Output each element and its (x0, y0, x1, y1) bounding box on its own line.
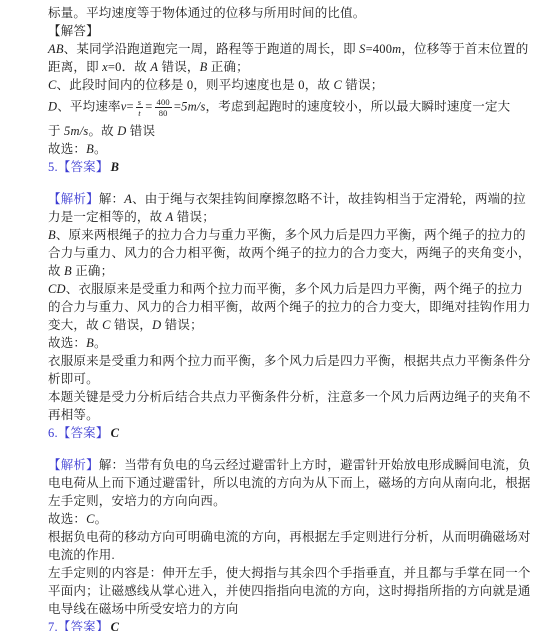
body-text: 解： (99, 192, 124, 206)
body-text: 、衣服原来是受重力和两个拉力而平衡，多个风力后是四力平衡，两个绳子的拉力 (66, 282, 523, 296)
body-text: =400 (366, 42, 393, 56)
body-text: 故 (48, 264, 64, 278)
fraction: 40080 (155, 97, 172, 118)
text-line: D、平均速率v=st=40080=5m/s，考虑到起跑时的速度较小，所以最大瞬时… (48, 94, 508, 122)
text-line: 电电荷从上而下通过避雷针，所以电流的方向为从下而上，磁场的方向从南向北，根据 (48, 474, 508, 492)
body-text: 平面内；让磁感线从掌心进入，并使四指指向电流的方向，这时拇指所指的方向就是通 (48, 584, 531, 598)
body-text: 电流的作用. (48, 548, 115, 562)
body-text: =0．故 (108, 60, 150, 74)
body-text: 错误； (342, 78, 383, 92)
variable-text: C (109, 426, 120, 440)
answer-marker-text: 7.【答案】 (48, 620, 109, 631)
variable-text: A (124, 192, 132, 206)
body-text: 错误； (161, 318, 202, 332)
body-text: 力是一定相等的，故 (48, 210, 166, 224)
text-line: 6.【答案】C (48, 424, 508, 442)
body-text: 本题关键是受力分析后结合共点力平衡条件分析，注意多一个风力后两边绳子的夹角不 (48, 390, 531, 404)
text-line: 析即可。 (48, 370, 508, 388)
body-text: 。故 (88, 124, 117, 138)
fraction: st (136, 97, 144, 118)
body-text: 故选： (48, 142, 86, 156)
text-line: 5.【答案】B (48, 158, 508, 176)
body-text: 、平均速率 (57, 99, 121, 113)
text-line: 本题关键是受力分析后结合共点力平衡条件分析，注意多一个风力后两边绳子的夹角不 (48, 388, 508, 406)
variable-text: C (48, 78, 57, 92)
variable-text: C (102, 318, 111, 332)
variable-text: C (109, 620, 120, 631)
body-text: 故选： (48, 512, 86, 526)
body-text: 左手定则，安培力的方向向西。 (48, 494, 226, 508)
body-text: 。 (94, 142, 107, 156)
body-text: 变大，故 (48, 318, 102, 332)
body-text: ，位移等于首末位置的 (401, 42, 528, 56)
text-line: 标量。平均速度等于物体通过的位移与所用时间的比值。 (48, 4, 508, 22)
body-text: 衣服原来是受重力和两个拉力而平衡，多个风力后是四力平衡，根据共点力平衡条件分 (48, 354, 531, 368)
text-line: 衣服原来是受重力和两个拉力而平衡，多个风力后是四力平衡，根据共点力平衡条件分 (48, 352, 508, 370)
text-line: 于 5m/s。故 D 错误 (48, 122, 508, 140)
body-text: = (145, 99, 152, 113)
body-text: 。 (94, 336, 107, 350)
variable-text: 5m/s (181, 99, 205, 113)
text-line: 左手定则的内容是：伸开左手，使大拇指与其余四个手指垂直，并且都与手掌在同一个 (48, 564, 508, 582)
text-line: 的合力与重力、风力的合力相平衡，故两个绳子的拉力的合力变大，即绳对挂钩作用力 (48, 298, 508, 316)
text-line: 电导线在磁场中所受安培力的方向 (48, 600, 508, 618)
variable-text: D (48, 99, 57, 113)
text-line: 故 B 正确； (48, 262, 508, 280)
variable-text: 5m/s (64, 124, 88, 138)
body-text: 左手定则的内容是：伸开左手，使大拇指与其余四个手指垂直，并且都与手掌在同一个 (48, 566, 531, 580)
answer-marker-text: 6.【答案】 (48, 426, 109, 440)
text-line: 合力与重力、风力的合力相平衡，故两个绳子的拉力的合力变大，两绳子的夹角变小， (48, 244, 508, 262)
text-line: C、此段时间内的位移是 0，则平均速度也是 0，故 C 错误； (48, 76, 508, 94)
text-line: 距离，即 x=0．故 A 错误，B 正确； (48, 58, 508, 76)
text-line: AB、某同学沿跑道跑完一周，路程等于跑道的周长，即 S=400m，位移等于首末位… (48, 40, 508, 58)
document-body: 标量。平均速度等于物体通过的位移与所用时间的比值。【解答】AB、某同学沿跑道跑完… (48, 4, 508, 631)
variable-text: B (64, 264, 72, 278)
answer-marker-text: 【解析】 (48, 192, 99, 206)
text-line: 【解答】 (48, 22, 508, 40)
variable-text: AB (48, 42, 64, 56)
variable-text: B (48, 228, 56, 242)
body-text: 解：当带有负电的乌云经过避雷针上方时，避雷针开始放电形成瞬间电流，负 (99, 458, 531, 472)
body-text: 。 (95, 512, 108, 526)
body-text: 、原来两根绳子的拉力合力与重力平衡，多个风力后是四力平衡，两个绳子的拉力的 (56, 228, 526, 242)
document-page: 标量。平均速度等于物体通过的位移与所用时间的比值。【解答】AB、某同学沿跑道跑完… (0, 0, 554, 631)
body-text: 、此段时间内的位移是 0，则平均速度也是 0，故 (57, 78, 334, 92)
body-text: 故选： (48, 336, 86, 350)
body-text: 正确； (207, 60, 248, 74)
body-text: 、某同学沿跑道跑完一周，路程等于跑道的周长，即 (64, 42, 359, 56)
body-text: 再相等。 (48, 408, 99, 422)
body-text: 电导线在磁场中所受安培力的方向 (48, 602, 239, 616)
variable-text: CD (48, 282, 66, 296)
variable-text: C (86, 512, 95, 526)
variable-text: B (86, 142, 94, 156)
body-text: 根据负电荷的移动方向可明确电流的方向，再根据左手定则进行分析，从而明确磁场对 (48, 530, 531, 544)
body-text: 正确； (72, 264, 113, 278)
body-text: 错误， (111, 318, 152, 332)
body-text: 合力与重力、风力的合力相平衡，故两个绳子的拉力的合力变大，两绳子的夹角变小， (48, 246, 531, 260)
text-line: 故选：C。 (48, 510, 508, 528)
body-text: 、由于绳与衣架挂钩间摩擦忽略不计，故挂钩相当于定滑轮，两端的拉 (132, 192, 526, 206)
body-text: 标量。平均速度等于物体通过的位移与所用时间的比值。 (48, 6, 366, 20)
body-text: 错误 (126, 124, 155, 138)
body-text: 距离，即 (48, 60, 102, 74)
text-line: 【解析】解：当带有负电的乌云经过避雷针上方时，避雷针开始放电形成瞬间电流，负 (48, 456, 508, 474)
text-line: 变大，故 C 错误，D 错误； (48, 316, 508, 334)
text-line: 左手定则，安培力的方向向西。 (48, 492, 508, 510)
body-text: = (127, 99, 134, 113)
text-line: 电流的作用. (48, 546, 508, 564)
variable-text: A (150, 60, 158, 74)
text-line: 根据负电荷的移动方向可明确电流的方向，再根据左手定则进行分析，从而明确磁场对 (48, 528, 508, 546)
variable-text: B (86, 336, 94, 350)
text-line: 故选：B。 (48, 140, 508, 158)
body-text: ，考虑到起跑时的速度较小，所以最大瞬时速度一定大 (206, 99, 511, 113)
answer-marker-text: 5.【答案】 (48, 160, 109, 174)
body-text: 的合力与重力、风力的合力相平衡，故两个绳子的拉力的合力变大，即绳对挂钩作用力 (48, 300, 531, 314)
body-text: 【解答】 (48, 24, 99, 38)
variable-text: C (333, 78, 342, 92)
variable-text: D (152, 318, 161, 332)
variable-text: B (109, 160, 120, 174)
body-text: 电电荷从上而下通过避雷针，所以电流的方向为从下而上，磁场的方向从南向北，根据 (48, 476, 531, 490)
text-line: 【解析】解：A、由于绳与衣架挂钩间摩擦忽略不计，故挂钩相当于定滑轮，两端的拉 (48, 190, 508, 208)
text-line: CD、衣服原来是受重力和两个拉力而平衡，多个风力后是四力平衡，两个绳子的拉力 (48, 280, 508, 298)
text-line: 再相等。 (48, 406, 508, 424)
text-line: 力是一定相等的，故 A 错误； (48, 208, 508, 226)
text-line: 平面内；让磁感线从掌心进入，并使四指指向电流的方向，这时拇指所指的方向就是通 (48, 582, 508, 600)
body-text: 于 (48, 124, 64, 138)
text-line: 故选：B。 (48, 334, 508, 352)
answer-marker-text: 【解析】 (48, 458, 99, 472)
body-text: 析即可。 (48, 372, 99, 386)
text-line: 7.【答案】C (48, 618, 508, 631)
body-text: 错误， (158, 60, 199, 74)
body-text: 错误； (173, 210, 214, 224)
text-line: B、原来两根绳子的拉力合力与重力平衡，多个风力后是四力平衡，两个绳子的拉力的 (48, 226, 508, 244)
